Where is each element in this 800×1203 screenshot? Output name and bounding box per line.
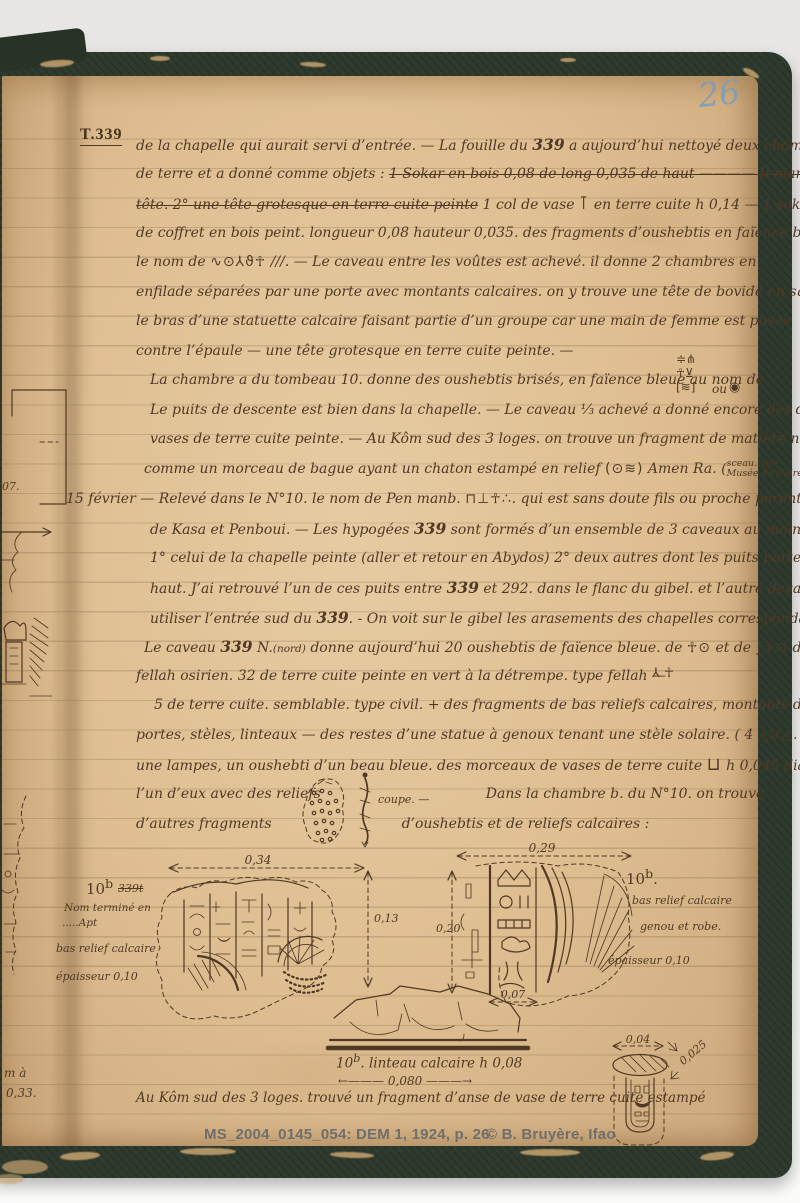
manuscript-segment: donne aujourd’hui 20 oushebtis de faïenc… <box>306 640 687 656</box>
figure-a-note: Nom terminé en <box>64 902 151 914</box>
cover-fray <box>2 1160 48 1174</box>
fragment-marks <box>318 780 332 784</box>
coupe-section-sketch <box>352 770 378 850</box>
lintel-caption-number: 10 <box>336 1056 353 1072</box>
cover-scuff <box>180 1148 236 1155</box>
relief-dots <box>310 789 339 841</box>
hieroglyph-marks <box>268 904 280 936</box>
manuscript-segment: 1 col de vase <box>478 197 579 213</box>
manuscript-segment: enfilade séparées par une porte avec mon… <box>136 284 800 300</box>
manuscript-text: de la chapelle qui aurait servi d’entrée… <box>136 130 766 839</box>
figure-a-label: 10b <box>86 876 113 898</box>
figure-b-note: épaisseur 0,10 <box>608 954 690 967</box>
scan-reference-caption: MS_2004_0145_054: DEM 1, 1924, p. 26 <box>204 1126 490 1143</box>
manuscript-line: de Kasa et Penboui. — Les hypogées 339 s… <box>150 514 766 544</box>
figure-b-label-number: 10 <box>626 870 645 888</box>
cover-scuff <box>150 56 170 61</box>
manuscript-segment: ///. — Le caveau entre les voûtes est ac… <box>266 254 756 270</box>
hatching <box>622 1055 669 1072</box>
bird-glyph <box>502 937 530 952</box>
manuscript-line: Le caveau 339 N.(nord) donne aujourd’hui… <box>144 632 766 662</box>
stamp-sketch <box>606 1074 678 1152</box>
dim-label-height: 0,20 <box>436 922 461 935</box>
manuscript-segment: tête. 2° une tête grotesque en terre cui… <box>136 197 478 213</box>
hieroglyph-marks <box>472 930 478 952</box>
manuscript-segment: 5 de terre cuite. semblable. type civil.… <box>154 697 800 713</box>
stamp-glyph <box>634 1100 651 1108</box>
lintel-dim-label: ←——— 0,080 ———→ <box>338 1074 472 1088</box>
figure-a-label-number: 10 <box>86 880 105 898</box>
lintel-caption: 10b. linteau calcaire h 0,08 <box>336 1052 522 1072</box>
eye-glyph: ◉ <box>729 380 740 395</box>
hieroglyph-marks <box>190 906 204 950</box>
dim-label-width: 0,34 <box>245 853 272 867</box>
manuscript-segment: d’oushebtis et de reliefs calcaires : <box>402 816 650 832</box>
stamp-glyph <box>635 1086 640 1093</box>
relief-lines <box>376 1000 462 1022</box>
figure-b-label: 10b. <box>626 866 658 888</box>
manuscript-segment: comme un morceau de bague ayant un chato… <box>144 461 605 477</box>
manuscript-segment: (nord) <box>273 643 306 655</box>
lintel-sketch <box>316 982 542 1056</box>
manuscript-segment: sceau. voir Musée du Caire <box>727 459 800 480</box>
dim-label-width: 0,29 <box>529 841 556 855</box>
manuscript-line: vases de terre cuite peinte. — Au Kôm su… <box>150 425 766 455</box>
manuscript-line: contre l’épaule — une tête grotesque en … <box>136 337 766 367</box>
manuscript-line: enfilade séparées par une porte avec mon… <box>136 278 766 308</box>
manuscript-segment: a aujourd’hui nettoyé deux chambres plei… <box>565 138 800 154</box>
hieroglyph-marks <box>268 946 280 954</box>
facing-page-partial-text: m à <box>4 1066 26 1080</box>
figure-a-scribble: 339t <box>118 882 143 895</box>
cover-fray <box>0 1174 24 1184</box>
section-knob <box>363 773 368 778</box>
manuscript-segment: haut. J’ai retrouvé l’un de ces puits en… <box>150 581 447 597</box>
manuscript-segment: Le caveau <box>144 640 220 656</box>
tomb-number-label: T.339 <box>80 126 122 146</box>
hieroglyph-inline: ⊔ <box>707 754 722 775</box>
lintel-caption-text: . linteau calcaire h 0,08 <box>360 1056 522 1072</box>
manuscript-segment: N. <box>253 640 273 656</box>
manuscript-segment: h 0,045 diam 0,06. <box>722 758 800 774</box>
circle-glyph <box>500 896 512 908</box>
manuscript-segment: sont formés d’un ensemble de 3 caveaux a… <box>446 522 800 538</box>
hieroglyph-inline: ⊺ <box>579 193 589 214</box>
manuscript-segment: 1 Sokar en bois 0,08 de long 0,035 de ha… <box>389 166 800 182</box>
fan-ribs <box>280 936 324 964</box>
hieroglyph-columns <box>184 892 312 980</box>
facing-page-squiggle <box>0 530 34 596</box>
hieroglyph-marks <box>242 900 256 956</box>
manuscript-line: une lampes, un oushebti d’un beau bleue.… <box>136 750 766 780</box>
manuscript-segment: de Kasa et Penboui. — Les hypogées <box>150 522 414 538</box>
manuscript-segment: une lampes, un oushebti d’un beau bleue.… <box>136 758 707 774</box>
figure-a-note: épaisseur 0,10 <box>56 970 138 983</box>
hieroglyph-marks <box>294 902 306 931</box>
manuscript-segment: 339 <box>447 578 479 597</box>
curved-relief-line <box>198 956 238 990</box>
manuscript-segment: l’un d’eux avec des reliefs <box>136 786 321 802</box>
manuscript-segment: fellah osirien. 32 de terre cuite peinte… <box>136 668 666 684</box>
manuscript-segment: 339 <box>220 637 252 656</box>
manuscript-line: portes, stèles, linteaux — des restes d’… <box>136 721 766 751</box>
hieroglyph-name-block: ≑⋔ ☥⊻ ⌊≋⌋ <box>676 352 696 394</box>
drapery-fold <box>552 868 573 972</box>
manuscript-line: le bras d’une statuette calcaire faisant… <box>136 307 766 337</box>
manuscript-line: 1° celui de la chapelle peinte (aller et… <box>150 544 766 574</box>
manuscript-line: tête. 2° une tête grotesque en terre cui… <box>136 189 766 219</box>
fragment-top-edge <box>174 880 308 892</box>
dim-label-height: 0,025 <box>677 1038 709 1068</box>
scan-copyright-caption: © B. Bruyère, Ifao <box>486 1126 616 1143</box>
facing-page-partial-text: 0,33. <box>6 1086 37 1100</box>
manuscript-segment: Dans la chambre b. du N°10. on trouve <box>486 786 764 802</box>
oushebti-fragment-sketch <box>300 776 352 848</box>
facing-page-object-sketch <box>0 610 56 708</box>
figure-a-note: bas relief calcaire <box>56 942 156 955</box>
manuscript-segment: en terre cuite h 0,14 — 1 sokar couvercl… <box>589 197 800 213</box>
fragment-outline <box>334 986 520 1032</box>
drapery-fold <box>542 866 557 982</box>
manuscript-segment: 339 <box>532 135 564 154</box>
section-line <box>363 778 368 844</box>
figure-a-label-sup: b <box>105 876 113 891</box>
manuscript-line: haut. J’ai retrouvé l’un de ces puits en… <box>150 573 766 603</box>
figure-b-label-sup: b <box>645 866 653 881</box>
manuscript-segment: de la chapelle qui aurait servi d’entrée… <box>136 138 532 154</box>
manuscript-segment: portes, stèles, linteaux — des restes d’… <box>136 727 758 743</box>
hieroglyph-inline: △▽△ <box>758 727 793 743</box>
page-number: 26 <box>696 72 742 115</box>
handle-oval <box>613 1055 667 1076</box>
manuscript-segment: 339 <box>414 519 446 538</box>
hieroglyph-or-label: ou <box>712 382 727 396</box>
manuscript-segment: de coffret en bois peint. longueur 0,08 … <box>136 225 800 241</box>
hieroglyph-inline: ⊓⊥☥∴ <box>465 491 511 507</box>
squiggle-path <box>2 532 22 592</box>
manuscript-line: 15 février — Relevé dans le N°10. le nom… <box>66 485 766 515</box>
manuscript-segment: Amen Ra. ( <box>643 461 726 477</box>
dim-label-height: 0,13 <box>374 912 399 925</box>
figure-b-note: genou et robe. <box>640 920 721 933</box>
torn-edge <box>12 796 26 974</box>
coupe-label: coupe. — <box>378 793 429 806</box>
manuscript-line: La chambre a du tombeau 10. donne des ou… <box>150 366 766 396</box>
fragment-marks <box>5 871 11 877</box>
oushebti-glyph-pair: ⅄ ☥ <box>652 666 674 681</box>
manuscript-segment: vases de terre cuite peinte. — Au Kôm su… <box>150 431 800 447</box>
manuscript-line: 5 de terre cuite. semblable. type civil.… <box>154 691 766 721</box>
hieroglyph-marks <box>520 896 528 908</box>
manuscript-segment: 15 février — Relevé dans le N°10. le nom… <box>66 491 465 507</box>
stamp-glyph <box>644 1086 649 1093</box>
fragment-marks <box>2 824 20 952</box>
manuscript-line: de terre et a donné comme objets : 1 Sok… <box>136 160 766 190</box>
crown-glyph <box>498 870 530 886</box>
hieroglyph-inline: (⊙≋) <box>605 461 643 477</box>
manuscript-line: le nom de ∿⊙⅄ϑ☥ ///. — Le caveau entre l… <box>136 248 766 278</box>
manuscript-line: Le puits de descente est bien dans la ch… <box>150 396 766 426</box>
figure-b-note: bas relief calcaire <box>632 894 732 907</box>
manuscript-segment: de type <box>788 640 800 656</box>
fragment-outline <box>156 877 336 1018</box>
manuscript-segment: 339 <box>316 608 348 627</box>
stamp-glyph <box>635 1112 641 1116</box>
manuscript-line: de coffret en bois peint. longueur 0,08 … <box>136 219 766 249</box>
hieroglyph-marks <box>461 914 482 968</box>
plan-dim-label: 07. <box>2 480 20 493</box>
manuscript-segment: de terre et a donné comme objets : <box>136 166 389 182</box>
relief-curves <box>350 1014 498 1041</box>
hieroglyph-inline: ∿⊙⅄ϑ☥ <box>210 254 266 270</box>
manuscript-segment: . qui est sans doute fils ou proche pare… <box>512 491 800 507</box>
manuscript-line: l’un d’eux avec des reliefsDans la chamb… <box>136 780 766 810</box>
manuscript-segment: d’autres fragments <box>136 816 272 832</box>
manuscript-segment: le nom de <box>136 254 210 270</box>
manuscript-segment: contre l’épaule — une tête grotesque en … <box>136 343 574 359</box>
manuscript-segment: . ) <box>793 727 800 743</box>
hatching <box>30 618 52 696</box>
hieroglyph-marks <box>212 902 230 954</box>
hieroglyph-inline: ∫☥⊙ <box>756 640 788 656</box>
figure-a-note: .....Apt <box>62 917 97 929</box>
manuscript-line: comme un morceau de bague ayant un chato… <box>144 455 766 485</box>
plan-outline <box>12 390 66 504</box>
cover-scuff <box>520 1149 580 1156</box>
neb-glyph <box>498 920 530 928</box>
hieroglyph-inline: ☥⊙ <box>687 640 711 656</box>
manuscript-segment: et de <box>711 640 756 656</box>
manuscript-segment: 1° celui de la chapelle peinte (aller et… <box>150 550 800 566</box>
manuscript-segment: Le puits de descente est bien dans la ch… <box>150 402 800 418</box>
manuscript-segment: utiliser l’entrée sud du <box>150 611 316 627</box>
facing-page-fragment-sketch <box>0 794 34 986</box>
hieroglyph-marks <box>466 972 474 978</box>
manuscript-segment: . - On voit sur le gibel les arasements … <box>349 611 800 627</box>
hieroglyph-marks <box>466 884 471 898</box>
manuscript-segment: le bras d’une statuette calcaire faisant… <box>136 313 791 329</box>
manuscript-line: utiliser l’entrée sud du 339. - On voit … <box>150 603 766 633</box>
object-top <box>4 621 26 640</box>
hieroglyph-marks <box>194 929 201 936</box>
manuscript-segment: La chambre a du tombeau 10. donne des ou… <box>150 372 764 388</box>
manuscript-segment: et 292. dans le flanc du gibel. et l’aut… <box>479 581 800 597</box>
manuscript-line: de la chapelle qui aurait servi d’entrée… <box>136 130 766 160</box>
manuscript-line: d’autres fragmentsd’oushebtis et de reli… <box>136 810 766 840</box>
stamp-glyph <box>644 1112 649 1116</box>
cover-scuff <box>560 58 576 62</box>
dim-label-width: 0,04 <box>626 1033 651 1046</box>
